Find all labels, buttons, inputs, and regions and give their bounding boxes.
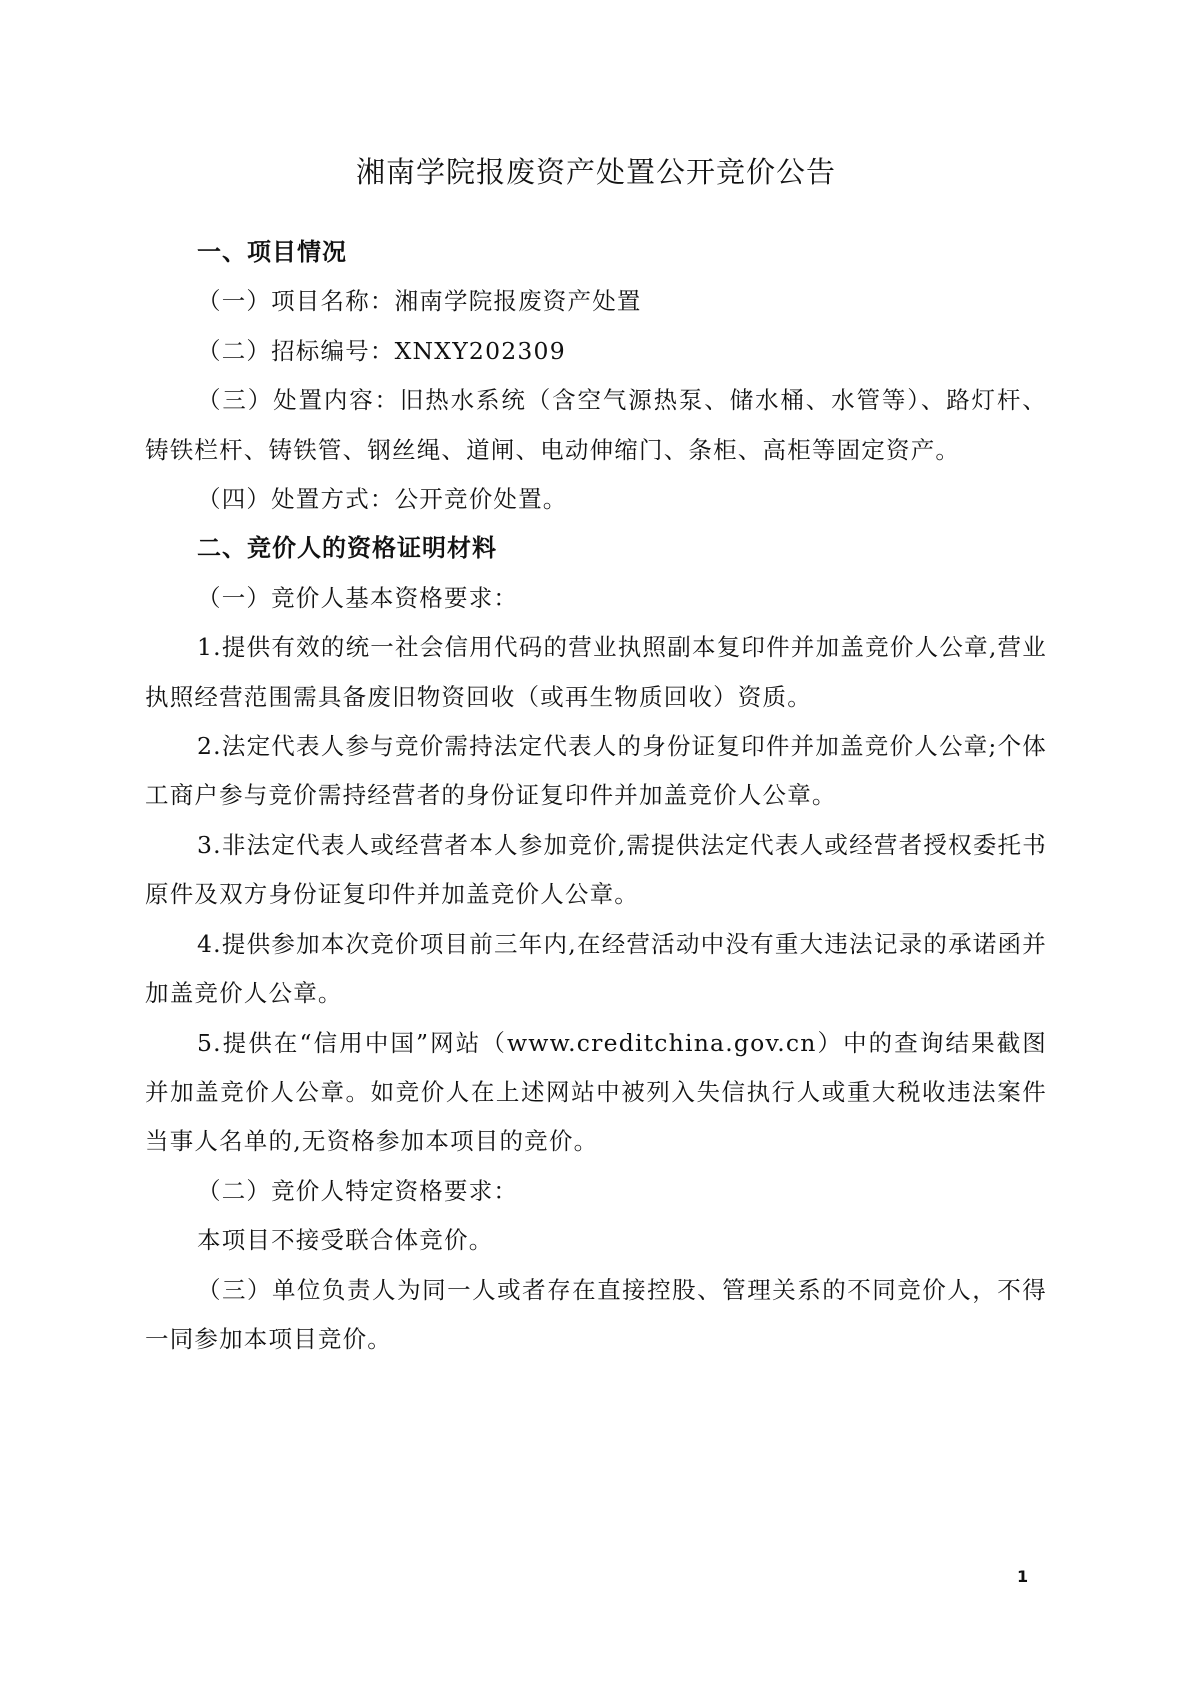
disposal-content: （三）处置内容：旧热水系统（含空气源热泵、储水桶、水管等）、路灯杆、铸铁栏杆、铸… (145, 376, 1047, 475)
tender-number: （二）招标编号：XNXY202309 (145, 327, 1047, 376)
section-heading-qualifications: 二、竞价人的资格证明材料 (145, 524, 1047, 573)
requirement-item-4: 4.提供参加本次竞价项目前三年内,在经营活动中没有重大违法记录的承诺函并加盖竞价… (145, 920, 1047, 1019)
specific-requirements-heading: （二）竞价人特定资格要求： (145, 1167, 1047, 1216)
requirement-item-3: 3.非法定代表人或经营者本人参加竞价,需提供法定代表人或经营者授权委托书原件及双… (145, 821, 1047, 920)
section-heading-project-info: 一、项目情况 (145, 228, 1047, 277)
requirement-item-2: 2.法定代表人参与竞价需持法定代表人的身份证复印件并加盖竞价人公章;个体工商户参… (145, 722, 1047, 821)
basic-requirements-heading: （一）竞价人基本资格要求： (145, 574, 1047, 623)
page-number: 1 (1017, 1567, 1028, 1586)
disposal-method: （四）处置方式：公开竞价处置。 (145, 475, 1047, 524)
requirement-item-5: 5.提供在“信用中国”网站（www.creditchina.gov.cn）中的查… (145, 1019, 1047, 1167)
related-party-restriction: （三）单位负责人为同一人或者存在直接控股、管理关系的不同竞价人，不得一同参加本项… (145, 1266, 1047, 1365)
specific-requirements-text: 本项目不接受联合体竞价。 (145, 1216, 1047, 1265)
document-title: 湘南学院报废资产处置公开竞价公告 (145, 152, 1047, 192)
document-body: 一、项目情况 （一）项目名称：湘南学院报废资产处置 （二）招标编号：XNXY20… (145, 228, 1047, 1364)
requirement-item-1: 1.提供有效的统一社会信用代码的营业执照副本复印件并加盖竞价人公章,营业执照经营… (145, 623, 1047, 722)
project-name: （一）项目名称：湘南学院报废资产处置 (145, 277, 1047, 326)
